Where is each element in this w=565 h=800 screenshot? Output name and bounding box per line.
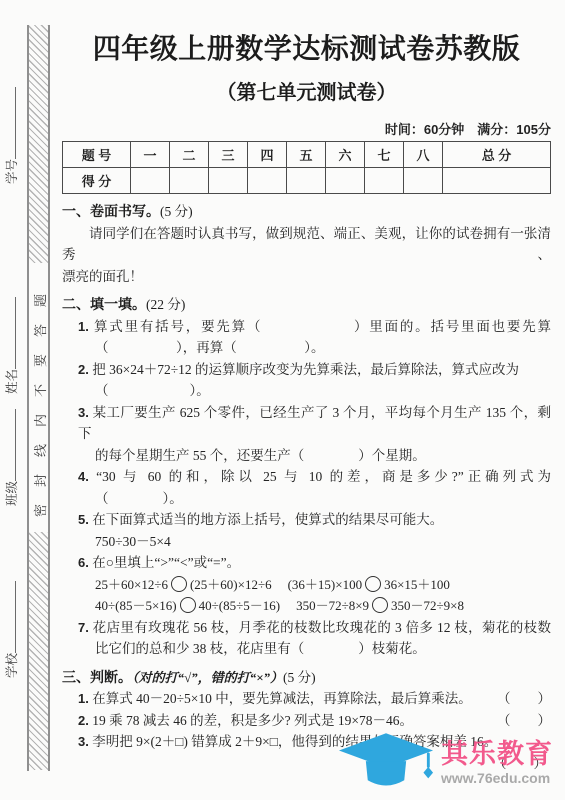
expression: 350－72÷9×8 — [391, 598, 464, 613]
score-cell-empty — [170, 168, 209, 194]
question-number: 3. — [78, 734, 89, 749]
section-fill-blanks: 二、填一填。(22 分) 1. 算式里有括号，要先算（ ）里面的。括号里面也要先… — [62, 294, 551, 660]
student-id-field: 学号 — [2, 87, 20, 184]
question-text: 花店里有玫瑰花 56 枝，月季花的枝数比玫瑰花的 3 倍多 12 枝，菊花的枝数 — [93, 620, 551, 635]
section3-note: （对的打“√”，错的打“×”） — [132, 670, 283, 685]
expression: 750÷30－5×4 — [62, 531, 551, 553]
judgment-2: 2. 19 乘 78 减去 46 的差，积是多少? 列式是 19×78－46。 … — [62, 710, 551, 732]
section3-title: 三、判断。 — [62, 669, 132, 685]
section3-heading: 三、判断。（对的打“√”，错的打“×”）(5 分) — [62, 667, 551, 689]
question-text: 比它们的总和少 38 枝，花店里有（ ）枝菊花。 — [62, 638, 551, 660]
question-number: 5. — [78, 512, 89, 527]
expression: 40÷(85÷5－16) — [199, 598, 280, 613]
header-cell: 四 — [248, 142, 287, 168]
expression: 25＋60×12÷6 — [95, 577, 168, 592]
name-blank-line — [3, 297, 16, 369]
name-label: 姓名 — [5, 369, 19, 394]
question-text: （ ），再算（ ）。 — [62, 337, 551, 359]
section-handwriting: 一、卷面书写。(5 分) 请同学们在答题时认真书写，做到规范、端正、美观，让你的… — [62, 201, 551, 287]
question-text: 算式里有括号，要先算（ ）里面的。括号里面也要先算 — [94, 319, 551, 334]
section3-score: (5 分) — [283, 670, 316, 685]
school-blank-line — [3, 581, 16, 653]
page-title: 四年级上册数学达标测试卷苏教版 — [62, 27, 551, 67]
question-text: 在算式 40－20÷5×10 中，要先算减法，再算除法，最后算乘法。 — [92, 691, 472, 706]
question-1: 1. 算式里有括号，要先算（ ）里面的。括号里面也要先算 （ ），再算（ ）。 — [62, 316, 551, 359]
section1-score: (5 分) — [160, 204, 193, 219]
score-cell-empty — [326, 168, 365, 194]
brand-name: 其乐教育 — [441, 740, 553, 768]
expression: 40÷(85－5×16) — [95, 598, 177, 613]
score-cell-empty — [248, 168, 287, 194]
comparison-row-1: 25＋60×12÷6(25＋60)×12÷6(36＋15)×10036×15＋1… — [62, 574, 551, 596]
expression: (25＋60)×12÷6 — [190, 577, 272, 592]
question-text: 在○里填上“>”“<”或“=”。 — [92, 555, 240, 570]
name-field: 姓名 — [2, 297, 20, 394]
test-paper-page: 学校 班级 姓名 学号 密封线内不要答题 四年级上册数学达标测试卷苏教版 （第七… — [0, 0, 565, 800]
score-cell-empty — [209, 168, 248, 194]
answer-parentheses: （ ） — [497, 710, 551, 732]
question-text: （ ）。 — [62, 488, 551, 510]
school-field: 学校 — [2, 581, 20, 678]
seal-hatch-bottom — [29, 532, 48, 770]
question-number: 7. — [78, 620, 89, 635]
school-label: 学校 — [5, 653, 19, 678]
paper-content: 四年级上册数学达标测试卷苏教版 （第七单元测试卷） 时间：60分钟 满分：105… — [62, 0, 551, 774]
question-text: 在下面算式适当的地方添上括号，使算式的结果尽可能大。 — [92, 512, 443, 527]
header-cell: 七 — [365, 142, 404, 168]
question-4: 4. “30 与 60 的和，除以 25 与 10 的差，商是多少?”正确列式为… — [62, 466, 551, 509]
score-cell-empty — [443, 168, 551, 194]
question-text: “30 与 60 的和，除以 25 与 10 的差，商是多少?”正确列式为 — [96, 469, 551, 484]
comparison-row-2: 40÷(85－5×16)40÷(85÷5－16)350－72÷8×9350－72… — [62, 595, 551, 617]
question-text: 19 乘 78 减去 46 的差，积是多少? 列式是 19×78－46。 — [92, 713, 413, 728]
time-score-info: 时间：60分钟 满分：105分 — [62, 119, 551, 138]
score-cell-empty — [131, 168, 170, 194]
student-info-fields: 学校 班级 姓名 学号 — [2, 16, 20, 756]
section1-heading: 一、卷面书写。(5 分) — [62, 201, 551, 223]
section1-paragraph-line1: 请同学们在答题时认真书写，做到规范、端正、美观，让你的试卷拥有一张清秀、 — [62, 223, 551, 266]
header-cell: 八 — [404, 142, 443, 168]
score-table-score-row: 得 分 — [63, 168, 551, 194]
page-subtitle: （第七单元测试卷） — [62, 76, 551, 105]
student-id-blank-line — [3, 87, 16, 159]
expression: (36＋15)×100 — [288, 577, 363, 592]
class-label: 班级 — [5, 481, 19, 506]
question-text: 某工厂要生产 625 个零件，已经生产了 3 个月，平均每个月生产 135 个，… — [78, 405, 551, 442]
graduation-cap-icon — [338, 732, 434, 794]
question-number: 6. — [78, 555, 89, 570]
question-number: 2. — [78, 362, 89, 377]
header-cell: 二 — [170, 142, 209, 168]
brand-url: www.76edu.com — [441, 771, 553, 786]
comparison-circle — [180, 597, 196, 613]
comparison-circle — [372, 597, 388, 613]
question-number: 2. — [78, 713, 89, 728]
question-2: 2. 把 36×24＋72÷12 的运算顺序改变为先算乘法，最后算除法，算式应改… — [62, 359, 551, 402]
header-cell: 总 分 — [443, 142, 551, 168]
section1-title: 一、卷面书写。 — [62, 203, 160, 219]
question-7: 7. 花店里有玫瑰花 56 枝，月季花的枝数比玫瑰花的 3 倍多 12 枝，菊花… — [62, 617, 551, 660]
section1-paragraph-line2: 漂亮的面孔！ — [62, 266, 551, 288]
question-text: 把 36×24＋72÷12 的运算顺序改变为先算乘法，最后算除法，算式应改为 — [92, 362, 519, 377]
class-field: 班级 — [2, 409, 20, 506]
score-table: 题 号 一 二 三 四 五 六 七 八 总 分 得 分 — [62, 141, 551, 194]
comparison-circle — [365, 576, 381, 592]
question-3: 3. 某工厂要生产 625 个零件，已经生产了 3 个月，平均每个月生产 135… — [62, 402, 551, 467]
question-number: 4. — [78, 469, 89, 484]
class-blank-line — [3, 409, 16, 481]
question-6: 6. 在○里填上“>”“<”或“=”。 25＋60×12÷6(25＋60)×12… — [62, 552, 551, 617]
question-5: 5. 在下面算式适当的地方添上括号，使算式的结果尽可能大。 750÷30－5×4 — [62, 509, 551, 552]
score-cell-empty — [287, 168, 326, 194]
section2-title: 二、填一填。 — [62, 296, 146, 312]
expression: 350－72÷8×9 — [296, 598, 369, 613]
publisher-watermark: 其乐教育 www.76edu.com — [338, 732, 553, 794]
header-cell: 六 — [326, 142, 365, 168]
score-row-label: 得 分 — [63, 168, 131, 194]
header-cell: 三 — [209, 142, 248, 168]
question-number: 3. — [78, 405, 89, 420]
question-text: 的每个星期生产 55 个，还要生产（ ）个星期。 — [62, 445, 551, 467]
comparison-circle — [171, 576, 187, 592]
question-number: 1. — [78, 319, 89, 334]
header-cell: 题 号 — [63, 142, 131, 168]
answer-parentheses: （ ） — [497, 688, 551, 710]
seal-hatch-top — [29, 25, 48, 263]
question-number: 1. — [78, 691, 89, 706]
header-cell: 五 — [287, 142, 326, 168]
section2-heading: 二、填一填。(22 分) — [62, 294, 551, 316]
judgment-1: 1. 在算式 40－20÷5×10 中，要先算减法，再算除法，最后算乘法。 （ … — [62, 688, 551, 710]
seal-warning-text: 密封线内不要答题 — [30, 266, 49, 528]
section2-score: (22 分) — [146, 297, 185, 312]
question-text: （ ）。 — [62, 380, 551, 402]
score-cell-empty — [365, 168, 404, 194]
expression: 36×15＋100 — [384, 577, 450, 592]
student-id-label: 学号 — [5, 159, 19, 184]
header-cell: 一 — [131, 142, 170, 168]
score-cell-empty — [404, 168, 443, 194]
score-table-header-row: 题 号 一 二 三 四 五 六 七 八 总 分 — [63, 142, 551, 168]
